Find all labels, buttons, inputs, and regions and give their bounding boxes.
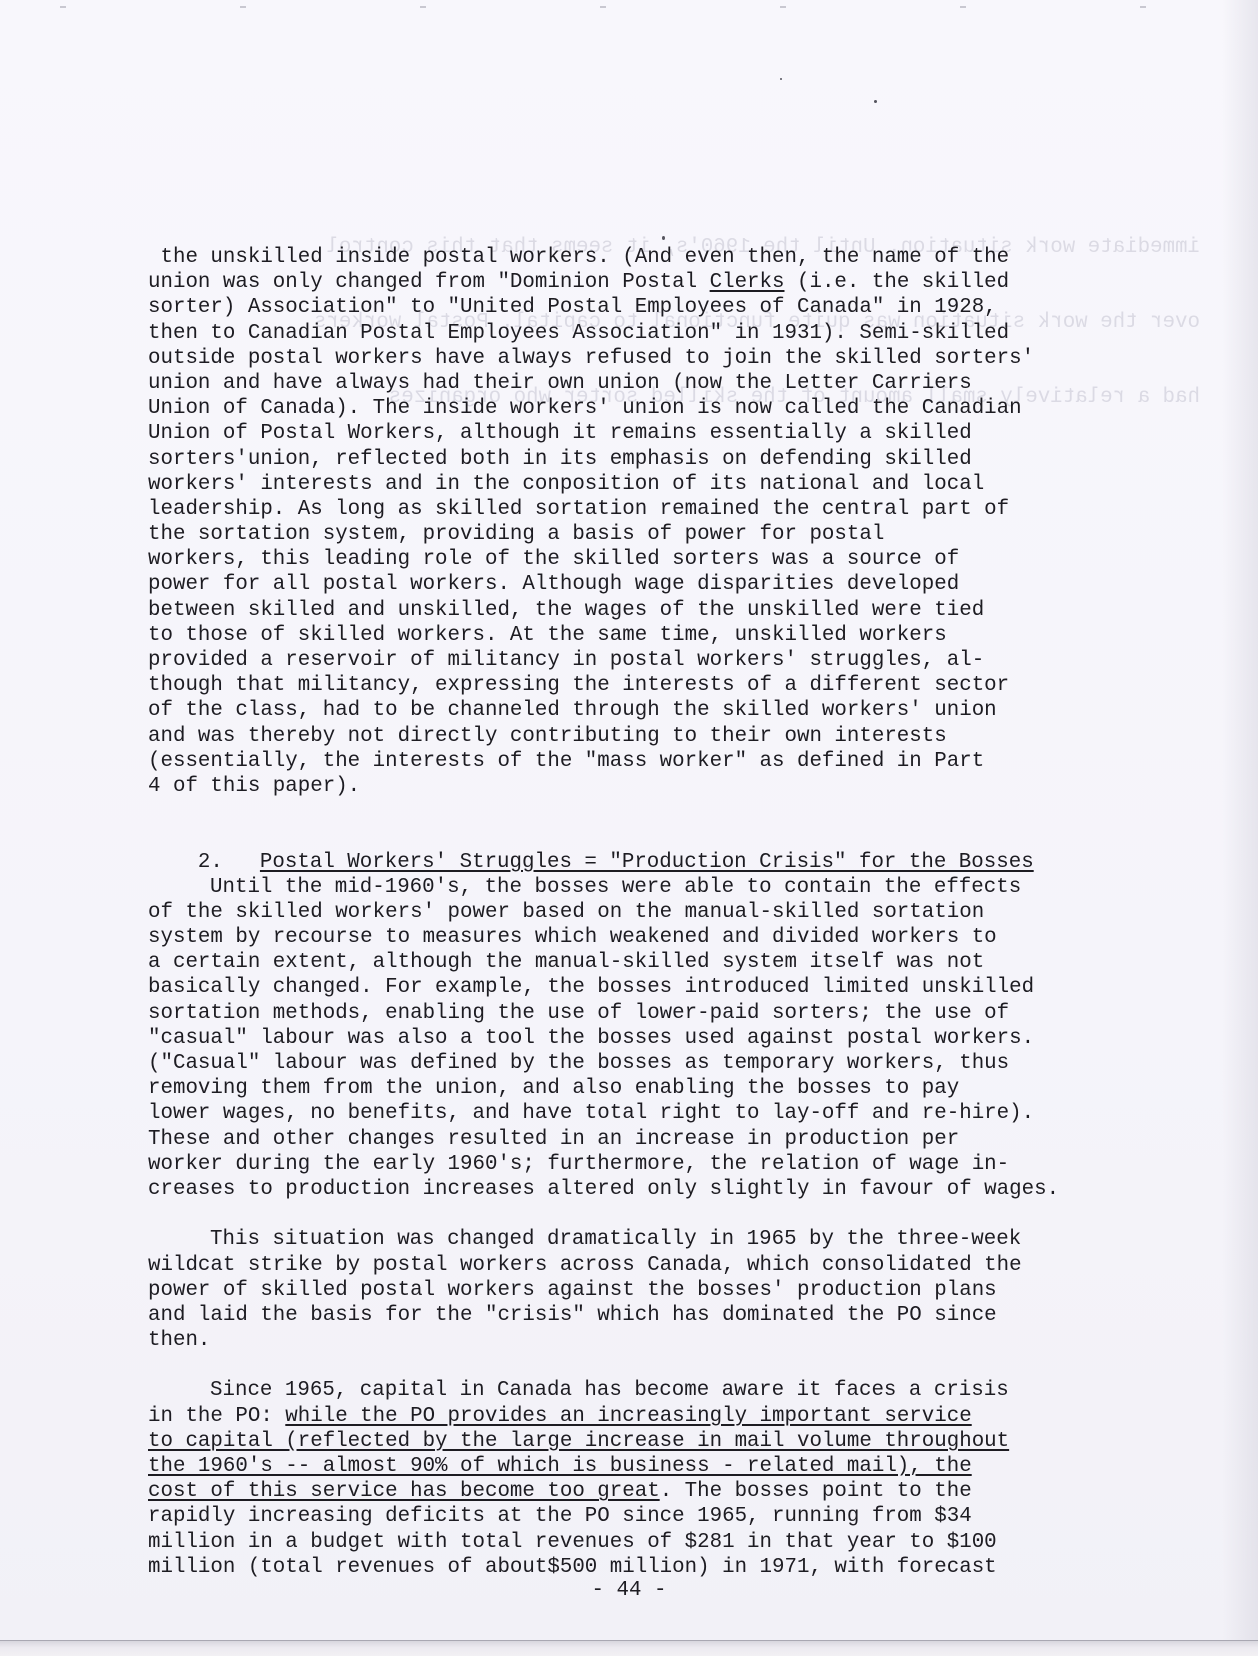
text-line: removing them from the union, and also e… <box>148 1076 1148 1101</box>
text-line: basically changed. For example, the boss… <box>148 975 1148 1000</box>
text-line: workers' interests and in the conpositio… <box>148 472 1148 497</box>
scan-speck <box>780 78 782 80</box>
text-line: power of skilled postal workers against … <box>148 1278 1148 1303</box>
text-line: (essentially, the interests of the "mass… <box>148 749 1148 774</box>
text-line: worker during the early 1960's; furtherm… <box>148 1152 1148 1177</box>
text-segment: (i.e. the skilled <box>785 271 1010 294</box>
text-line: then to Canadian Postal Employees Associ… <box>148 321 1148 346</box>
paragraph-until-mid-1960s: Until the mid-1960's, the bosses were ab… <box>148 875 1148 1202</box>
scan-bottom-edge <box>0 1640 1258 1656</box>
text-line: though that militancy, expressing the in… <box>148 673 1148 698</box>
text-line: then. <box>148 1328 1148 1353</box>
text-line: and was thereby not directly contributin… <box>148 724 1148 749</box>
text-line: Union of Postal Workers, although it rem… <box>148 421 1148 446</box>
text-line: million (total revenues of about$500 mil… <box>148 1555 1148 1580</box>
paragraph-1965-strike: This situation was changed dramatically … <box>148 1227 1148 1353</box>
text-line: outside postal workers have always refus… <box>148 346 1148 371</box>
text-line: Until the mid-1960's, the bosses were ab… <box>148 875 1148 900</box>
text-line: and laid the basis for the "crisis" whic… <box>148 1303 1148 1328</box>
text-line: the 1960's -- almost 90% of which is bus… <box>148 1454 1148 1479</box>
paragraph-since-1965: Since 1965, capital in Canada has become… <box>148 1378 1148 1580</box>
text-line: the unskilled inside postal workers. (An… <box>148 245 1148 270</box>
text-line: of the skilled workers' power based on t… <box>148 900 1148 925</box>
paragraph-gap <box>148 1353 1148 1378</box>
text-line: creases to production increases altered … <box>148 1177 1148 1202</box>
text-line: the sortation system, providing a basis … <box>148 522 1148 547</box>
text-line: in the PO: while the PO provides an incr… <box>148 1404 1148 1429</box>
text-line: provided a reservoir of militancy in pos… <box>148 648 1148 673</box>
scan-top-edge <box>0 6 1258 8</box>
text-segment: in the PO: <box>148 1405 285 1428</box>
underlined-text: the 1960's -- almost 90% of which is bus… <box>148 1455 972 1478</box>
text-segment: Since 1965, capital in Canada has become… <box>210 1379 1009 1402</box>
text-line: sorter) Association" to "United Postal E… <box>148 295 1148 320</box>
text-line: Since 1965, capital in Canada has become… <box>148 1378 1148 1403</box>
text-line: power for all postal workers. Although w… <box>148 572 1148 597</box>
text-line: These and other changes resulted in an i… <box>148 1127 1148 1152</box>
text-segment: million (total revenues of about$500 mil… <box>148 1556 997 1579</box>
text-segment: million in a budget with total revenues … <box>148 1531 997 1554</box>
text-line: cost of this service has become too grea… <box>148 1479 1148 1504</box>
text-line: rapidly increasing deficits at the PO si… <box>148 1504 1148 1529</box>
text-line: union and have always had their own unio… <box>148 371 1148 396</box>
text-line: wildcat strike by postal workers across … <box>148 1253 1148 1278</box>
text-line: Union of Canada). The inside workers' un… <box>148 396 1148 421</box>
text-segment: union was only changed from "Dominion Po… <box>148 271 710 294</box>
text-line: sortation methods, enabling the use of l… <box>148 1001 1148 1026</box>
text-line: ("Casual" labour was defined by the boss… <box>148 1051 1148 1076</box>
document-body: the unskilled inside postal workers. (An… <box>148 245 1148 1580</box>
scan-speck <box>662 236 665 240</box>
text-segment: rapidly increasing deficits at the PO si… <box>148 1505 972 1528</box>
section-heading: 2.Postal Workers' Struggles = "Productio… <box>148 824 1148 849</box>
text-line: to capital (reflected by the large incre… <box>148 1429 1148 1454</box>
text-line: union was only changed from "Dominion Po… <box>148 270 1148 295</box>
section-title: Postal Workers' Struggles = "Production … <box>260 851 1034 874</box>
text-line: 4 of this paper). <box>148 774 1148 799</box>
scan-speck <box>874 100 877 103</box>
underlined-word-clerks: Clerks <box>710 271 785 294</box>
text-line: a certain extent, although the manual-sk… <box>148 950 1148 975</box>
underlined-text: to capital (reflected by the large incre… <box>148 1430 1009 1453</box>
text-line: "casual" labour was also a tool the boss… <box>148 1026 1148 1051</box>
page-number: - 44 - <box>0 1578 1258 1603</box>
text-line: of the class, had to be channeled throug… <box>148 698 1148 723</box>
text-line: leadership. As long as skilled sortation… <box>148 497 1148 522</box>
underlined-text: cost of this service has become too grea… <box>148 1480 660 1503</box>
paragraph-gap <box>148 1202 1148 1227</box>
text-segment: . The bosses point to the <box>660 1480 972 1503</box>
scan-right-shadow <box>1222 0 1258 1656</box>
text-line: million in a budget with total revenues … <box>148 1530 1148 1555</box>
text-line: lower wages, no benefits, and have total… <box>148 1101 1148 1126</box>
text-line: This situation was changed dramatically … <box>148 1227 1148 1252</box>
text-line: workers, this leading role of the skille… <box>148 547 1148 572</box>
text-line: sorters'union, reflected both in its emp… <box>148 447 1148 472</box>
underlined-text: while the PO provides an increasingly im… <box>285 1405 971 1428</box>
paragraph-gap <box>148 799 1148 824</box>
paragraph-continuation: the unskilled inside postal workers. (An… <box>148 245 1148 799</box>
text-line: between skilled and unskilled, the wages… <box>148 598 1148 623</box>
text-line: system by recourse to measures which wea… <box>148 925 1148 950</box>
section-number: 2. <box>198 850 260 875</box>
text-line: to those of skilled workers. At the same… <box>148 623 1148 648</box>
